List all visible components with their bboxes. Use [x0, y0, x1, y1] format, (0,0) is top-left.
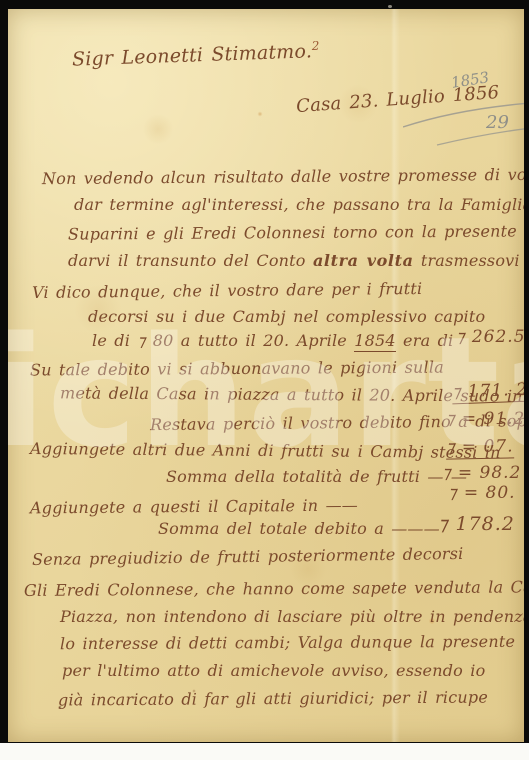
salutation-line: Sigr Leonetti Stimatmo.2	[72, 39, 321, 71]
letter-line: Piazza, non intendono di lasciare più ol…	[60, 607, 524, 626]
letter-line: per l'ultimo atto di amichevole avviso, …	[62, 661, 485, 680]
letter-paper: Sigr Leonetti Stimatmo.2 1853 Casa 23. L…	[8, 9, 524, 742]
line-text: trasmessovi	[414, 251, 520, 270]
dust-speck	[388, 5, 392, 8]
salutation-superscript: 2	[312, 39, 320, 53]
amount-value: ⁊ 178.2	[438, 513, 515, 535]
amount-value: ⁊ = 98.2	[442, 463, 521, 483]
letter-line: Suparini e gli Eredi Colonnesi torno con…	[68, 221, 524, 243]
scanner-background	[0, 743, 529, 760]
amount-value: ⁊ 171. 2	[452, 380, 524, 405]
letter-line: Senza pregiudizio de frutti posteriormen…	[32, 544, 464, 569]
salutation-text: Sigr Leonetti Stimatmo.	[72, 40, 313, 70]
pencil-stroke-lower	[437, 128, 524, 145]
letter-line: Non vedendo alcun risultato dalle vostre…	[42, 165, 524, 188]
scanned-letter-frame: Sigr Leonetti Stimatmo.2 1853 Casa 23. L…	[0, 0, 529, 760]
pencil-flourish-lines	[403, 97, 524, 152]
letter-line: Vi dico dunque, che il vostro dare per i…	[32, 279, 422, 302]
emphasis-text: altra volta	[313, 251, 414, 270]
letter-line: Aggiungete a questi il Capitale in ——	[30, 496, 358, 518]
amount-value: ⁊ 262.5	[456, 327, 524, 347]
line-text: le di ⁊ 80 a tutto il 20. Aprile	[92, 331, 354, 350]
letter-line: già incaricato di far gli atti giuridici…	[58, 687, 488, 709]
amount-value: ⁊ = 07.	[446, 436, 514, 459]
letter-line: decorsi su i due Cambj nel complessivo c…	[88, 307, 485, 326]
letter-line: lo interesse di detti cambi; Valga dunqu…	[60, 632, 515, 653]
amount-value: ⁊ = 91.2	[446, 409, 524, 429]
line-text: darvi il transunto del Conto	[68, 251, 313, 270]
amount-value: ⁊ = 80.	[448, 483, 516, 503]
letter-line: Aggiungete altri due Anni di frutti su i…	[30, 439, 501, 462]
letter-line: Somma della totalità de frutti — —	[166, 467, 467, 486]
pencil-stroke-upper	[403, 103, 524, 127]
letter-line: Su tale debito vi si abbuonavano le pigi…	[30, 358, 444, 380]
letter-line: Gli Eredi Colonnese, che hanno come sape…	[24, 577, 524, 600]
letter-line: dar termine agl'interessi, che passano t…	[74, 195, 524, 214]
letter-line: darvi il transunto del Conto altra volta…	[68, 251, 520, 270]
letter-line: le di ⁊ 80 a tutto il 20. Aprile 1854 er…	[92, 331, 453, 350]
letter-line: Somma del totale debito a ———	[158, 519, 440, 538]
underlined-year: 1854	[354, 331, 396, 352]
line-text: era di	[396, 331, 454, 350]
